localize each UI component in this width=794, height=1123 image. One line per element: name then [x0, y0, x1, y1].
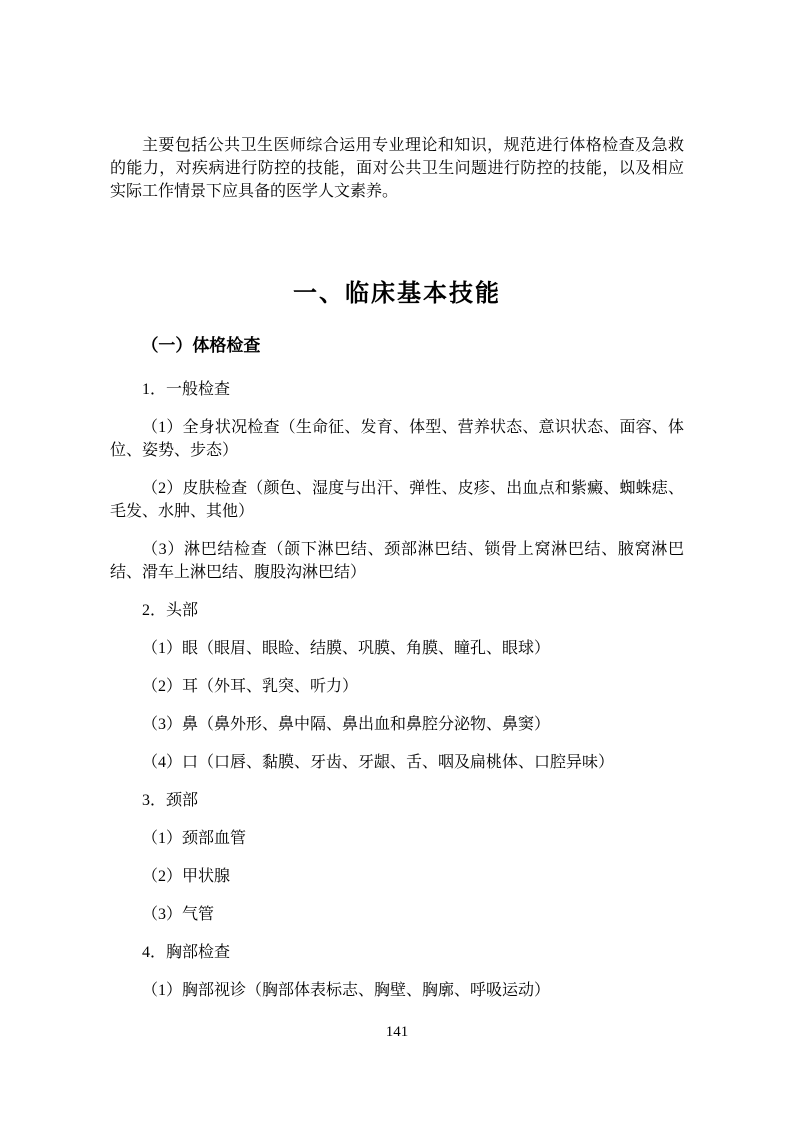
list-item-chest-inspection: （1）胸部视诊（胸部体表标志、胸壁、胸廓、呼吸运动） [110, 979, 684, 1002]
list-item-skin-check: （2）皮肤检查（颜色、湿度与出汗、弹性、皮疹、出血点和紫癜、蜘蛛痣、毛发、水肿、… [110, 477, 684, 523]
list-item-head: 2．头部 [110, 599, 684, 622]
list-item-thyroid: （2）甲状腺 [110, 865, 684, 888]
intro-paragraph: 主要包括公共卫生医师综合运用专业理论和知识，规范进行体格检查及急救的能力，对疾病… [110, 134, 684, 203]
list-item-general-exam: 1．一般检查 [110, 378, 684, 401]
list-item-lymph-node-check: （3）淋巴结检查（颌下淋巴结、颈部淋巴结、锁骨上窝淋巴结、腋窝淋巴结、滑车上淋巴… [110, 538, 684, 584]
page-number: 141 [0, 1022, 794, 1042]
list-item-nose: （3）鼻（鼻外形、鼻中隔、鼻出血和鼻腔分泌物、鼻窦） [110, 713, 684, 736]
list-item-chest-exam: 4．胸部检查 [110, 941, 684, 964]
list-item-mouth: （4）口（口唇、黏膜、牙齿、牙龈、舌、咽及扁桃体、口腔异味） [110, 751, 684, 774]
document-page: 主要包括公共卫生医师综合运用专业理论和知识，规范进行体格检查及急救的能力，对疾病… [0, 0, 794, 1123]
list-item-ear: （2）耳（外耳、乳突、听力） [110, 675, 684, 698]
list-item-eye: （1）眼（眼眉、眼睑、结膜、巩膜、角膜、瞳孔、眼球） [110, 637, 684, 660]
section-heading: 一、临床基本技能 [110, 277, 684, 311]
list-item-trachea: （3）气管 [110, 903, 684, 926]
subsection-heading: （一）体格检查 [110, 334, 684, 358]
list-item-neck-vessels: （1）颈部血管 [110, 827, 684, 850]
list-item-neck: 3．颈部 [110, 789, 684, 812]
list-item-whole-body-check: （1）全身状况检查（生命征、发育、体型、营养状态、意识状态、面容、体位、姿势、步… [110, 416, 684, 462]
